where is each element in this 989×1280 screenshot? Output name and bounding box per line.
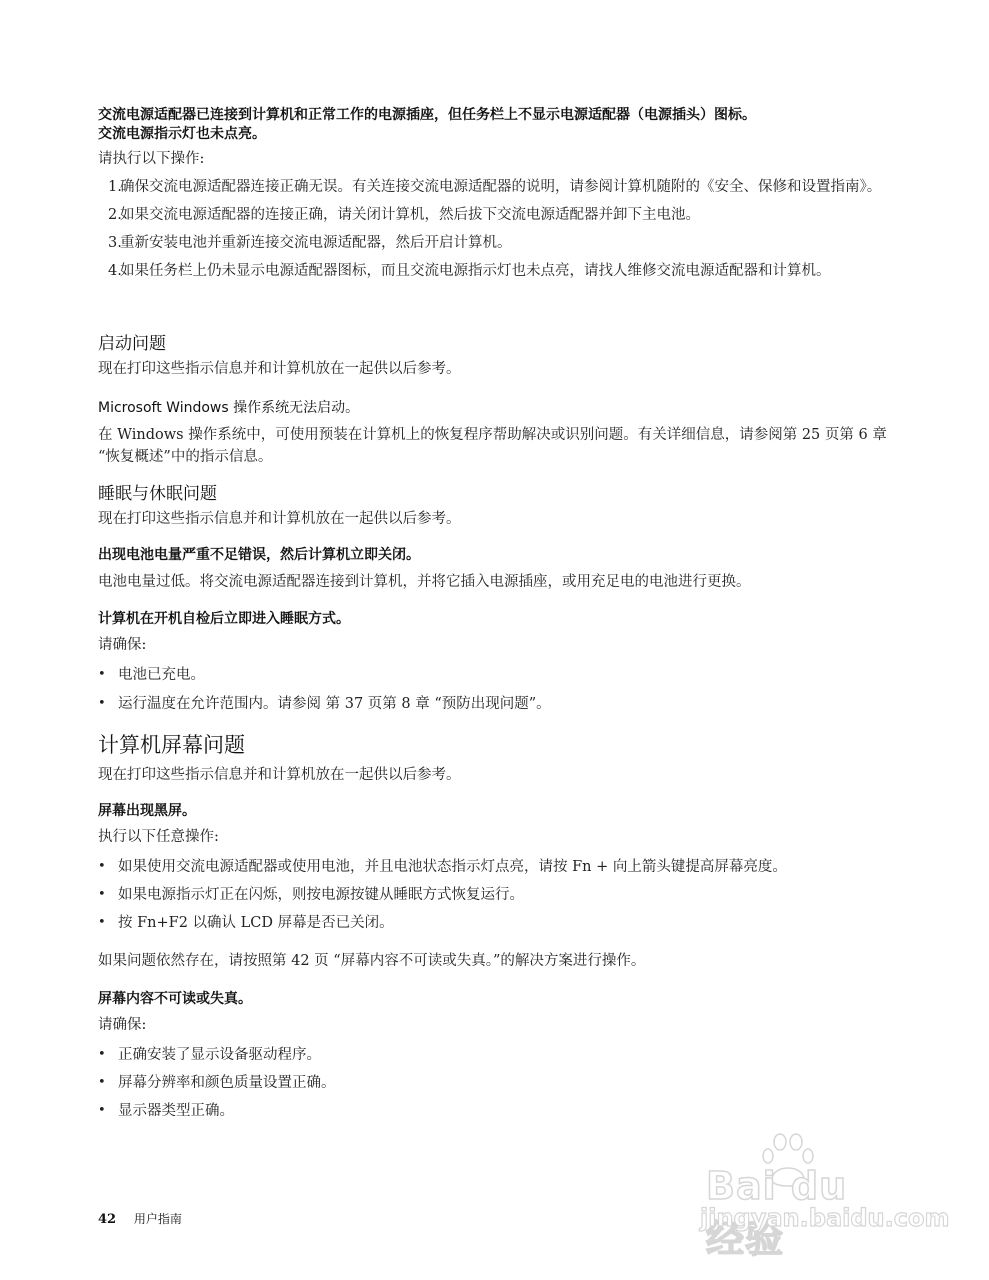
step-text: 确保交流电源适配器连接正确无误。有关连接交流电源适配器的说明，请参阅计算机随附的… [120,179,881,195]
list-item: • 显示器类型正确。 [98,1100,888,1122]
step-number: 4. [108,260,122,282]
section-title-startup: 启动问题 [98,332,166,356]
section-power-adapter: 交流电源适配器已连接到计算机和正常工作的电源插座，但任务栏上不显示电源适配器（电… [98,106,888,144]
list-item: • 屏幕分辨率和颜色质量设置正确。 [98,1072,888,1094]
instruction-intro: 请确保: [98,634,146,656]
print-note: 现在打印这些指示信息并和计算机放在一起供以后参考。 [98,358,461,380]
step-text: 如果任务栏上仍未显示电源适配器图标，而且交流电源指示灯也未点亮，请找人维修交流电… [120,263,831,279]
problem-heading: 屏幕内容不可读或失真。 [98,990,252,1009]
bullet-icon: • [98,664,106,686]
page-number: 42 [98,1212,116,1227]
step-text: 重新安装电池并重新连接交流电源适配器，然后开启计算机。 [120,235,512,251]
step-number: 2. [108,204,122,226]
list-item: • 运行温度在允许范围内。请参阅 第 37 页第 8 章 “预防出现问题”。 [98,693,888,715]
list-item: • 正确安装了显示设备驱动程序。 [98,1044,888,1066]
list-item-text: 屏幕分辨率和颜色质量设置正确。 [118,1075,336,1091]
bullet-icon: • [98,856,106,878]
step-number: 3. [108,232,122,254]
document-title: 用户指南 [134,1212,182,1226]
problem-heading: 出现电池电量严重不足错误，然后计算机立即关闭。 [98,546,420,565]
problem-heading: 计算机在开机自检后立即进入睡眠方式。 [98,610,350,629]
list-item-text: 按 Fn+F2 以确认 LCD 屏幕是否已关闭。 [118,915,394,931]
problem-heading: 屏幕出现黑屏。 [98,802,196,821]
bullet-icon: • [98,693,106,715]
problem-heading-line2: 交流电源指示灯也未点亮。 [98,125,888,144]
steps-list: 1. 确保交流电源适配器连接正确无误。有关连接交流电源适配器的说明，请参阅计算机… [98,176,888,282]
list-item: • 如果电源指示灯正在闪烁，则按电源按键从睡眠方式恢复运行。 [98,884,888,906]
step-item: 3. 重新安装电池并重新连接交流电源适配器，然后开启计算机。 [98,232,888,254]
list-item-text: 运行温度在允许范围内。请参阅 第 37 页第 8 章 “预防出现问题”。 [118,696,551,712]
list-item: • 按 Fn+F2 以确认 LCD 屏幕是否已关闭。 [98,912,888,934]
step-number: 1. [108,176,122,198]
bullet-icon: • [98,1100,106,1122]
step-item: 2. 如果交流电源适配器的连接正确，请关闭计算机，然后拔下交流电源适配器并卸下主… [98,204,888,226]
print-note: 现在打印这些指示信息并和计算机放在一起供以后参考。 [98,508,461,530]
instruction-intro: 执行以下任意操作: [98,826,219,848]
action-list: • 如果使用交流电源适配器或使用电池，并且电池状态指示灯点亮，请按 Fn + 向… [98,856,888,934]
list-item: • 如果使用交流电源适配器或使用电池，并且电池状态指示灯点亮，请按 Fn + 向… [98,856,888,878]
instruction-intro: 请执行以下操作: [98,148,204,170]
bullet-icon: • [98,1044,106,1066]
print-note: 现在打印这些指示信息并和计算机放在一起供以后参考。 [98,764,461,786]
followup-text: 如果问题依然存在，请按照第 42 页 “屏幕内容不可读或失真。”的解决方案进行操… [98,950,645,972]
section-title-screen: 计算机屏幕问题 [98,730,245,760]
checklist: • 电池已充电。 • 运行温度在允许范围内。请参阅 第 37 页第 8 章 “预… [98,664,888,715]
checklist: • 正确安装了显示设备驱动程序。 • 屏幕分辨率和颜色质量设置正确。 • 显示器… [98,1044,888,1122]
step-text: 如果交流电源适配器的连接正确，请关闭计算机，然后拔下交流电源适配器并卸下主电池。 [120,207,700,223]
list-item-text: 如果电源指示灯正在闪烁，则按电源按键从睡眠方式恢复运行。 [118,887,524,903]
page-footer: 42 用户指南 [98,1210,182,1227]
problem-heading: Microsoft Windows 操作系统无法启动。 [98,398,359,418]
watermark-url: jingyan.baidu.com [700,1204,949,1232]
section-title-sleep: 睡眠与休眠问题 [98,482,217,506]
list-item: • 电池已充电。 [98,664,888,686]
solution-text: 电池电量过低。将交流电源适配器连接到计算机，并将它插入电源插座，或用充足电的电池… [98,571,751,593]
list-item-text: 显示器类型正确。 [118,1103,234,1119]
step-item: 1. 确保交流电源适配器连接正确无误。有关连接交流电源适配器的说明，请参阅计算机… [98,176,888,198]
bullet-icon: • [98,912,106,934]
list-item-text: 如果使用交流电源适配器或使用电池，并且电池状态指示灯点亮，请按 Fn + 向上箭… [118,859,787,875]
step-item: 4. 如果任务栏上仍未显示电源适配器图标，而且交流电源指示灯也未点亮，请找人维修… [98,260,888,282]
baidu-watermark: Bai du 经验 jingyan.baidu.com [700,1130,870,1240]
bullet-icon: • [98,884,106,906]
problem-heading-line1: 交流电源适配器已连接到计算机和正常工作的电源插座，但任务栏上不显示电源适配器（电… [98,106,888,125]
list-item-text: 电池已充电。 [118,667,205,683]
solution-text: 在 Windows 操作系统中，可使用预装在计算机上的恢复程序帮助解决或识别问题… [98,424,888,468]
bullet-icon: • [98,1072,106,1094]
instruction-intro: 请确保: [98,1014,146,1036]
list-item-text: 正确安装了显示设备驱动程序。 [118,1047,321,1063]
